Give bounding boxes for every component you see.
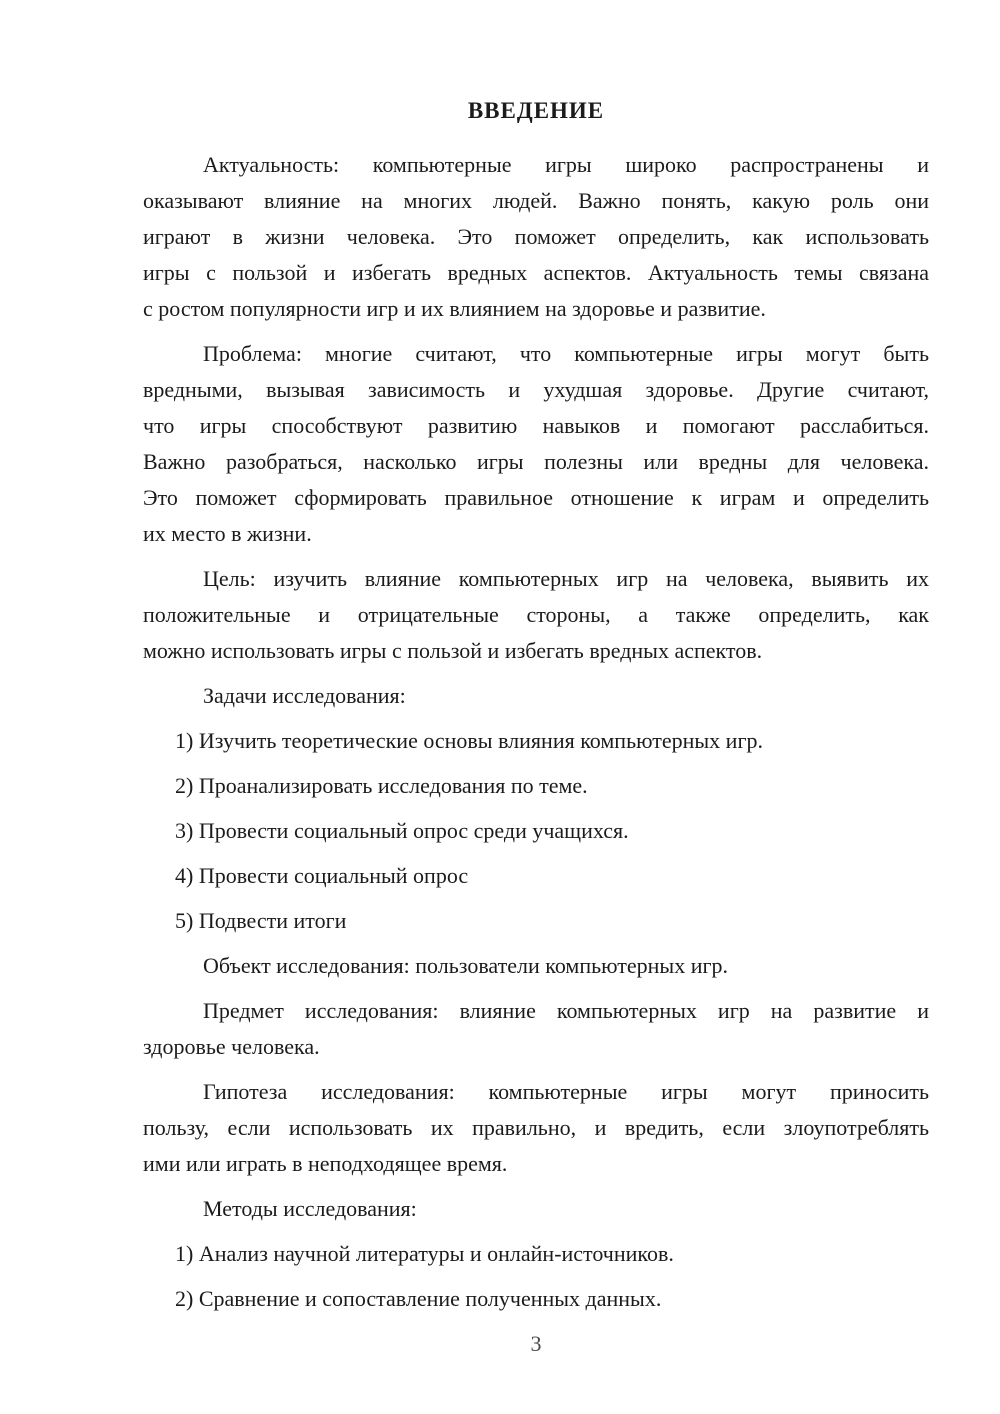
text-line: пользу, если использовать их правильно, … (143, 1110, 929, 1146)
text-line: здоровье человека. (143, 1029, 929, 1065)
text-line: их место в жизни. (143, 516, 929, 552)
text-line: 5) Подвести итоги (175, 903, 929, 939)
text-line: Важно разобраться, насколько игры полезн… (143, 444, 929, 480)
tasks-heading: Задачи исследования: (143, 678, 929, 714)
text-line: ими или играть в неподходящее время. (143, 1146, 929, 1182)
text-line: Задачи исследования: (143, 678, 929, 714)
section-heading: ВВЕДЕНИЕ (143, 93, 929, 129)
paragraph-goal: Цель: изучить влияние компьютерных игр н… (143, 561, 929, 669)
methods-heading: Методы исследования: (143, 1191, 929, 1227)
task-item-1: 1) Изучить теоретические основы влияния … (143, 723, 929, 759)
text-line: 4) Провести социальный опрос (175, 858, 929, 894)
text-line: 1) Анализ научной литературы и онлайн-ис… (175, 1236, 929, 1272)
text-line: положительные и отрицательные стороны, а… (143, 597, 929, 633)
text-line: вредными, вызывая зависимость и ухудшая … (143, 372, 929, 408)
text-line: Это поможет сформировать правильное отно… (143, 480, 929, 516)
method-item-1: 1) Анализ научной литературы и онлайн-ис… (143, 1236, 929, 1272)
paragraph-object: Объект исследования: пользователи компью… (143, 948, 929, 984)
text-line: оказывают влияние на многих людей. Важно… (143, 183, 929, 219)
paragraph-hypothesis: Гипотеза исследования: компьютерные игры… (143, 1074, 929, 1182)
document-page: ВВЕДЕНИЕ Актуальность: компьютерные игры… (0, 0, 1000, 1414)
text-line: Гипотеза исследования: компьютерные игры… (143, 1074, 929, 1110)
paragraph-problem: Проблема: многие считают, что компьютерн… (143, 336, 929, 552)
text-line: что игры способствуют развитию навыков и… (143, 408, 929, 444)
page-number: 3 (143, 1326, 929, 1362)
text-line: можно использовать игры с пользой и избе… (143, 633, 929, 669)
text-line: 1) Изучить теоретические основы влияния … (175, 723, 929, 759)
task-item-5: 5) Подвести итоги (143, 903, 929, 939)
method-item-2: 2) Сравнение и сопоставление полученных … (143, 1281, 929, 1317)
task-item-3: 3) Провести социальный опрос среди учащи… (143, 813, 929, 849)
document-body: Актуальность: компьютерные игры широко р… (143, 147, 929, 1317)
paragraph-subject: Предмет исследования: влияние компьютерн… (143, 993, 929, 1065)
text-line: 3) Провести социальный опрос среди учащи… (175, 813, 929, 849)
text-line: Объект исследования: пользователи компью… (143, 948, 929, 984)
paragraph-relevance: Актуальность: компьютерные игры широко р… (143, 147, 929, 327)
text-line: играют в жизни человека. Это поможет опр… (143, 219, 929, 255)
text-line: с ростом популярности игр и их влиянием … (143, 291, 929, 327)
text-line: Актуальность: компьютерные игры широко р… (143, 147, 929, 183)
text-line: 2) Проанализировать исследования по теме… (175, 768, 929, 804)
text-line: игры с пользой и избегать вредных аспект… (143, 255, 929, 291)
text-line: Цель: изучить влияние компьютерных игр н… (143, 561, 929, 597)
task-item-2: 2) Проанализировать исследования по теме… (143, 768, 929, 804)
text-line: Предмет исследования: влияние компьютерн… (143, 993, 929, 1029)
text-line: Методы исследования: (143, 1191, 929, 1227)
text-line: Проблема: многие считают, что компьютерн… (143, 336, 929, 372)
text-line: 2) Сравнение и сопоставление полученных … (175, 1281, 929, 1317)
task-item-4: 4) Провести социальный опрос (143, 858, 929, 894)
